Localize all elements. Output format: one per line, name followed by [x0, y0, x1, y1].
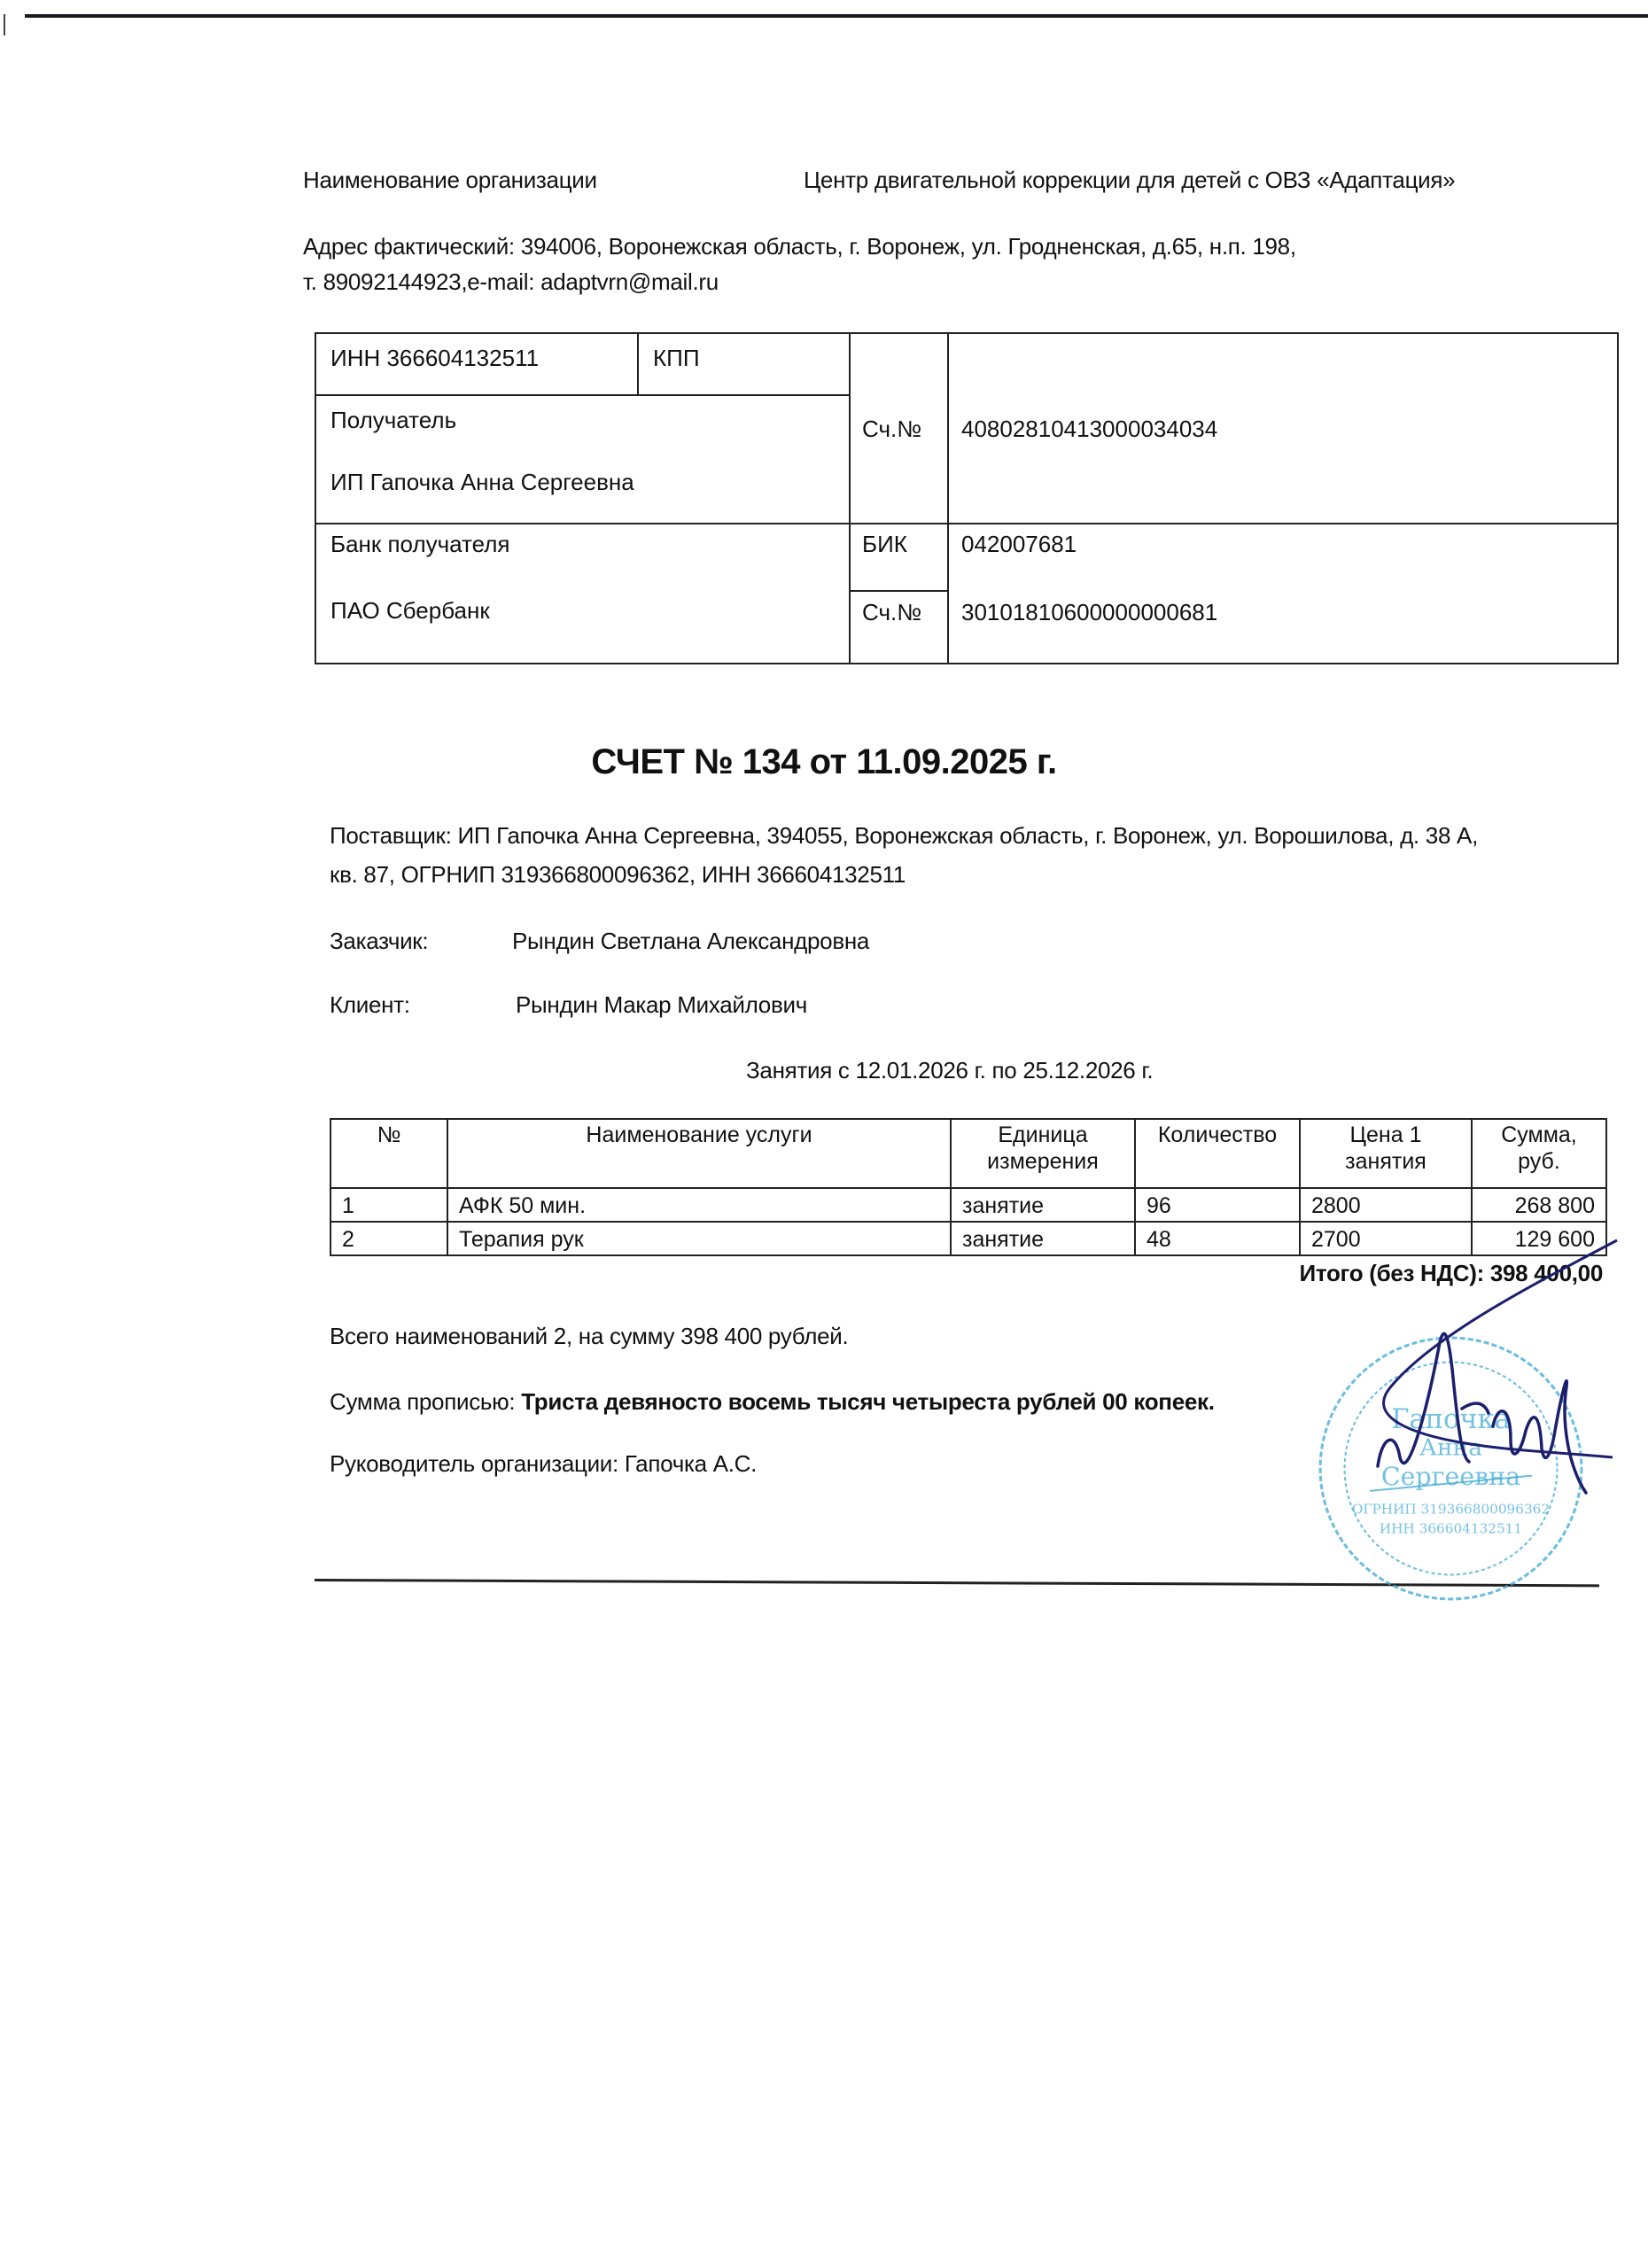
col-header-num: №	[330, 1119, 447, 1188]
customer-name: Рындин Светлана Александровна	[512, 928, 869, 954]
corr-account-number: 30101810600000000681	[961, 599, 1217, 625]
table-row: 1 АФК 50 мин. занятие 96 2800 268 800	[330, 1188, 1606, 1222]
amount-in-words: Сумма прописью: Триста девяносто восемь …	[330, 1388, 1215, 1415]
row-num: 2	[330, 1222, 447, 1255]
recipient-label: Получатель	[330, 407, 456, 433]
inn-value: ИНН 366604132511	[330, 345, 539, 371]
scan-top-edge	[25, 14, 1648, 18]
kpp-label: КПП	[653, 345, 700, 371]
address-line-1: Адрес фактический: 394006, Воронежская о…	[303, 233, 1296, 260]
account-number: 40802810413000034034	[961, 416, 1217, 442]
table-header-row: № Наименование услуги Единица измерения …	[330, 1119, 1606, 1188]
client-label: Клиент:	[330, 991, 410, 1018]
amount-in-words-value: Триста девяносто восемь тысяч четыреста …	[521, 1388, 1214, 1415]
col-header-price: Цена 1 занятия	[1300, 1119, 1472, 1188]
col-header-sum: Сумма, руб.	[1472, 1119, 1606, 1188]
supplier-line-2: кв. 87, ОГРНИП 319366800096362, ИНН 3666…	[330, 861, 906, 888]
row-service: АФК 50 мин.	[447, 1188, 951, 1222]
row-qty: 48	[1135, 1222, 1300, 1255]
address-line-2: т. 89092144923,e-mail: adaptvrn@mail.ru	[303, 268, 719, 295]
org-name: Центр двигательной коррекции для детей с…	[804, 167, 1455, 193]
account-label: Сч.№	[862, 416, 921, 442]
bank-name: ПАО Сбербанк	[330, 597, 490, 624]
bik-label: БИК	[862, 531, 907, 557]
row-sum: 268 800	[1472, 1188, 1606, 1222]
invoice-title: СЧЕТ № 134 от 11.09.2025 г.	[0, 742, 1648, 782]
col-header-unit: Единица измерения	[951, 1119, 1135, 1188]
signature-icon	[1329, 1236, 1621, 1511]
service-period: Занятия с 12.01.2026 г. по 25.12.2026 г.	[746, 1057, 1153, 1084]
bank-requisites-table: ИНН 366604132511 КПП Получатель ИП Гапоч…	[315, 332, 1619, 664]
amount-in-words-label: Сумма прописью:	[330, 1388, 521, 1415]
row-num: 1	[330, 1188, 447, 1222]
customer-label: Заказчик:	[330, 928, 428, 954]
recipient-name: ИП Гапочка Анна Сергеевна	[330, 469, 634, 495]
col-header-qty: Количество	[1135, 1119, 1300, 1188]
svg-text:ИНН 366604132511: ИНН 366604132511	[1380, 1521, 1522, 1537]
bank-label: Банк получателя	[330, 531, 510, 557]
col-header-service: Наименование услуги	[447, 1119, 951, 1188]
row-service: Терапия рук	[447, 1222, 951, 1255]
row-qty: 96	[1135, 1188, 1300, 1222]
corr-account-label: Сч.№	[862, 599, 921, 625]
scan-left-edge	[4, 14, 5, 35]
client-name: Рындин Макар Михайлович	[516, 991, 807, 1018]
row-unit: занятие	[951, 1188, 1135, 1222]
director-line: Руководитель организации: Гапочка А.С.	[330, 1450, 757, 1477]
supplier-line-1: Поставщик: ИП Гапочка Анна Сергеевна, 39…	[330, 822, 1478, 849]
org-label: Наименование организации	[303, 167, 597, 193]
items-count-line: Всего наименований 2, на сумму 398 400 р…	[330, 1323, 848, 1349]
bik-value: 042007681	[961, 531, 1077, 557]
row-price: 2800	[1300, 1188, 1472, 1222]
row-unit: занятие	[951, 1222, 1135, 1255]
